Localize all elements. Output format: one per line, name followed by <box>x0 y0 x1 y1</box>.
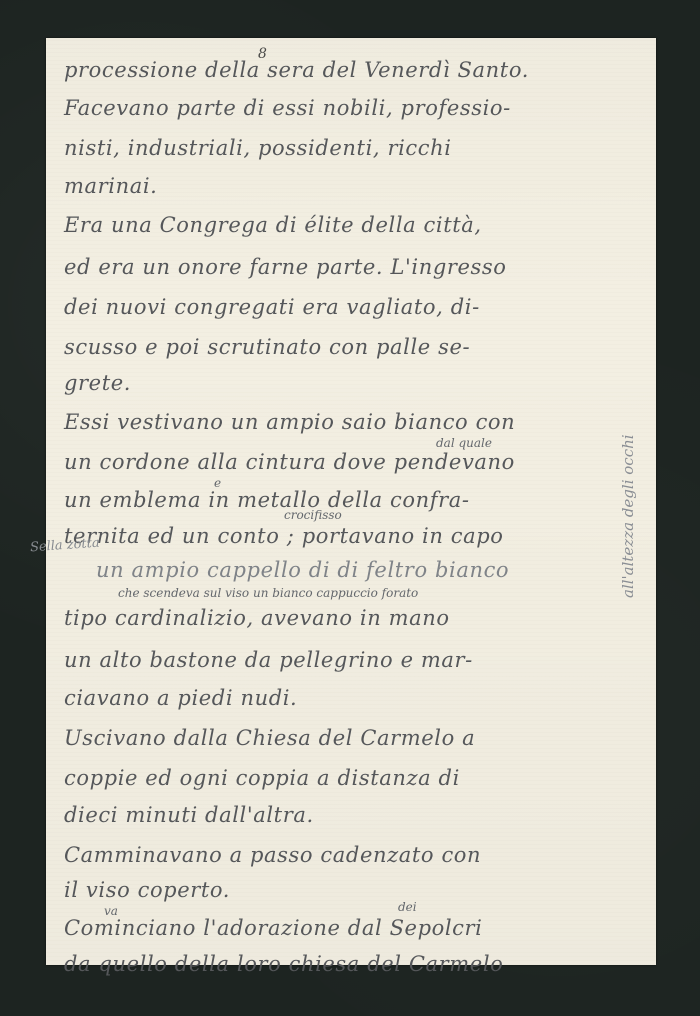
text-line: grete. <box>64 371 131 395</box>
text-line: coppie ed ogni coppia a distanza di <box>64 766 460 790</box>
insertion: che scendeva sul viso un bianco cappucci… <box>118 586 418 600</box>
text-line: un alto bastone da pellegrino e mar- <box>64 648 473 672</box>
insertion: dei <box>398 900 417 914</box>
text-line: un cordone alla cintura dove pendevano <box>64 450 515 474</box>
text-line: Uscivano dalla Chiesa del Carmelo a <box>64 726 475 750</box>
right-margin-note: all'altezza degli occhi <box>619 434 637 598</box>
text-line: Facevano parte di essi nobili, professio… <box>64 96 511 120</box>
text-line: Era una Congrega di élite della città, <box>64 213 482 237</box>
text-line: Essi vestivano un ampio saio bianco con <box>64 410 515 434</box>
text-line: ed era un onore farne parte. L'ingresso <box>64 255 507 279</box>
text-line: Camminavano a passo cadenzato con <box>64 843 481 867</box>
text-line: dieci minuti dall'altra. <box>64 803 314 827</box>
text-line: scusso e poi scrutinato con palle se- <box>64 335 470 359</box>
insertion: crocifisso <box>284 508 342 522</box>
text-line: ciavano a piedi nudi. <box>64 686 297 710</box>
text-line: un emblema in metallo della confra- <box>64 488 470 512</box>
text-line: marinai. <box>64 174 157 198</box>
text-line: tipo cardinalizio, avevano in mano <box>64 606 450 630</box>
manuscript-page: 8 processione della sera del Venerdì San… <box>46 38 656 965</box>
text-line: il viso coperto. <box>64 878 230 902</box>
text-line: nisti, industriali, possidenti, ricchi <box>64 136 452 160</box>
text-line: ternita ed un conto ; portavano in capo <box>64 524 503 548</box>
text-line: processione della sera del Venerdì Santo… <box>64 58 529 82</box>
text-line: Cominciano l'adorazione dal Sepolcri <box>64 916 483 940</box>
text-line: dei nuovi congregati era vagliato, di- <box>64 295 480 319</box>
insertion: dal quale <box>436 436 492 450</box>
text-line: da quello della loro chiesa del Carmelo <box>64 952 503 976</box>
text-line: un ampio cappello di di feltro bianco <box>96 558 509 582</box>
